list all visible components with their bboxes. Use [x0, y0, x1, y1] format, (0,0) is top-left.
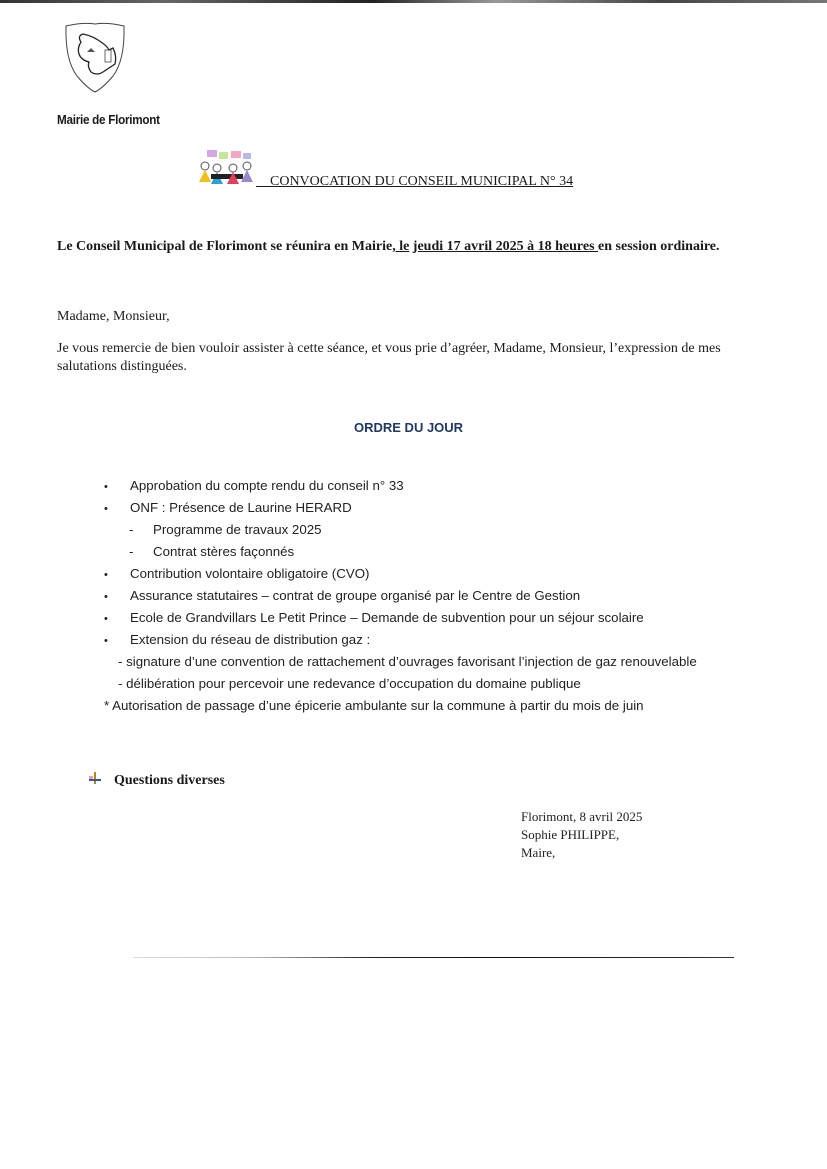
bullet-icon: • [104, 630, 130, 652]
agenda-subitem: -Programme de travaux 2025 [104, 519, 697, 541]
session-notice: Le Conseil Municipal de Florimont se réu… [57, 237, 737, 256]
session-intro: Le Conseil Municipal de Florimont se réu… [57, 239, 392, 254]
organization-name: Mairie de Florimont [57, 112, 160, 127]
questions-label: Questions diverses [114, 773, 225, 788]
thanks-paragraph: Je vous remercie de bien vouloir assiste… [57, 340, 767, 376]
agenda-subitem: - signature d’une convention de rattache… [104, 651, 697, 673]
agenda-subitem: - délibération pour percevoir une redeva… [104, 673, 697, 695]
agenda-item: •Approbation du compte rendu du conseil … [104, 475, 697, 497]
agenda-item: •Contribution volontaire obligatoire (CV… [104, 563, 697, 585]
scan-edge [0, 0, 827, 3]
session-comma-le: , le [392, 239, 409, 254]
bullet-icon: • [104, 564, 130, 586]
bullet-icon: • [104, 586, 130, 608]
municipal-crest-icon [63, 20, 127, 94]
agenda-item-star: * Autorisation de passage d’une épicerie… [104, 695, 697, 717]
agenda-subitem: -Contrat stères façonnés [104, 541, 697, 563]
signatory-name: Sophie PHILIPPE, [521, 826, 642, 844]
agenda-item: •Ecole de Grandvillars Le Petit Prince –… [104, 607, 697, 629]
bullet-icon: • [104, 476, 130, 498]
agenda-item: •Assurance statutaires – contrat de grou… [104, 585, 697, 607]
signature-block: Florimont, 8 avril 2025 Sophie PHILIPPE,… [521, 808, 642, 862]
session-rest: en session ordinaire. [598, 239, 719, 254]
place-date: Florimont, 8 avril 2025 [521, 808, 642, 826]
questions-diverses: Questions diverses [88, 772, 225, 789]
dash-icon: - [129, 519, 153, 541]
agenda-item: •ONF : Présence de Laurine HERARD [104, 497, 697, 519]
agenda-item: •Extension du réseau de distribution gaz… [104, 629, 697, 651]
bullet-icon: • [104, 608, 130, 630]
agenda-list: •Approbation du compte rendu du conseil … [104, 475, 697, 717]
convocation-title: CONVOCATION DU CONSEIL MUNICIPAL N° 34 [256, 174, 573, 190]
signatory-role: Maire, [521, 844, 642, 862]
greeting: Madame, Monsieur, [57, 309, 170, 325]
plus-arrow-bullet-icon [88, 772, 102, 786]
session-date-time: jeudi 17 avril 2025 à 18 heures [413, 239, 598, 254]
dash-icon: - [129, 541, 153, 563]
divider [133, 957, 734, 958]
agenda-title: ORDRE DU JOUR [354, 420, 463, 435]
council-people-icon [197, 148, 257, 186]
bullet-icon: • [104, 498, 130, 520]
